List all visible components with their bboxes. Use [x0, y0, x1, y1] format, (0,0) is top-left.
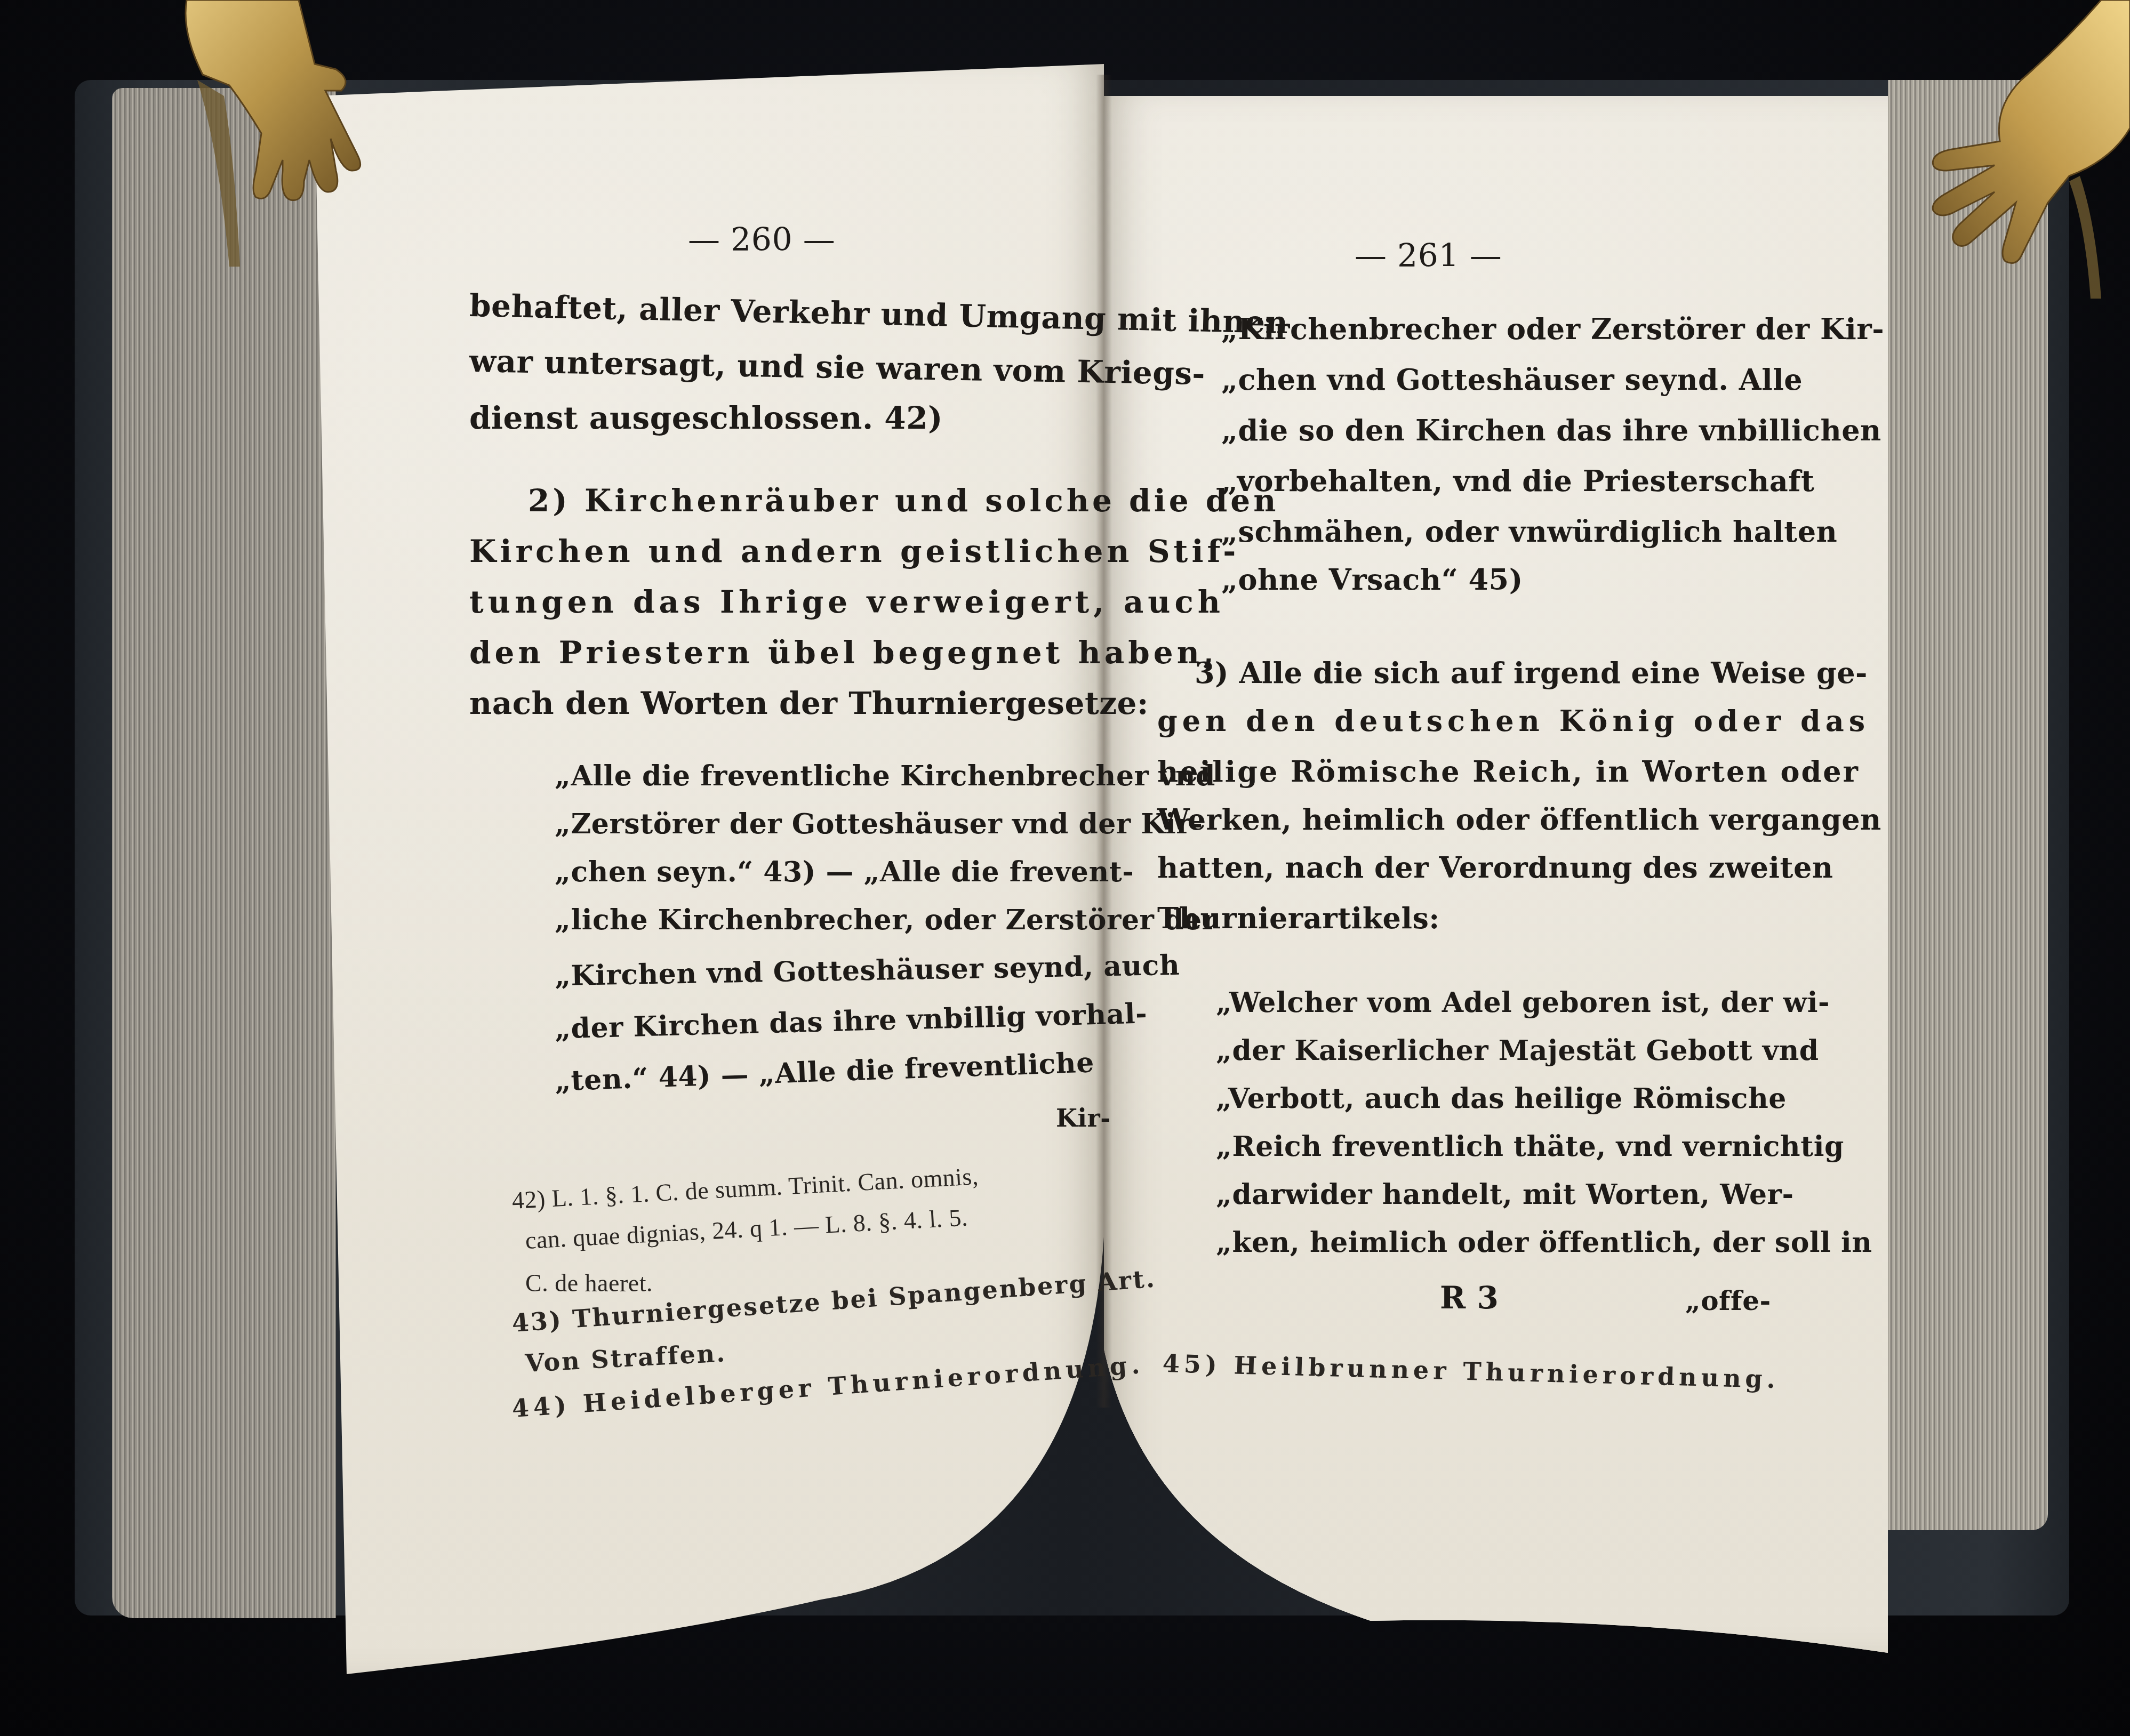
body-line: Thurnierartikels: [1157, 901, 1440, 935]
page-number-260: — 260 — [688, 221, 835, 259]
brass-hand-clamp-left [123, 0, 443, 279]
body-line: Werken, heimlich oder öffentlich vergang… [1157, 802, 1881, 837]
body-line: dienst ausgeschlossen. 42) [469, 400, 943, 436]
body-line: nach den Worten der Thurniergesetze: [469, 685, 1149, 721]
footnote-42-cont: C. de haeret. [525, 1269, 653, 1297]
body-line: Kirchen und andern geistlichen Stif- [469, 533, 1239, 569]
quote-line: „vorbehalten, vnd die Priesterschaft [1221, 464, 1814, 498]
quote-line: „die so den Kirchen das ihre vnbillichen [1221, 413, 1881, 447]
body-line: 2) Kirchenräuber und solche die den [528, 483, 1279, 519]
quote-line: „der Kaiserlicher Majestät Gebott vnd [1216, 1034, 1819, 1067]
body-line: den Priestern übel begegnet haben, [469, 634, 1218, 671]
body-line: gen den deutschen König oder das [1157, 704, 1870, 738]
body-line: hatten, nach der Verordnung des zweiten [1157, 850, 1833, 885]
quote-line: „Zerstörer der Gotteshäuser vnd der Kir- [555, 808, 1203, 840]
catchword: „offe- [1685, 1285, 1771, 1316]
quote-line: „Verbott, auch das heilige Römische [1216, 1082, 1787, 1115]
quote-line: „schmähen, oder vnwürdiglich halten [1221, 515, 1837, 549]
quote-line: „Welcher vom Adel geboren ist, der wi- [1216, 986, 1830, 1019]
quote-line: „Alle die freventliche Kirchenbrecher vn… [555, 760, 1215, 792]
brass-hand-clamp-right [1771, 0, 2130, 301]
left-page-edges [112, 88, 336, 1618]
quote-line: „liche Kirchenbrecher, oder Zerstörer de… [555, 904, 1216, 936]
body-line: tungen das Ihrige verweigert, auch [469, 584, 1224, 620]
quote-line: „darwider handelt, mit Worten, Wer- [1216, 1178, 1794, 1211]
quote-line: „chen vnd Gotteshäuser seynd. Alle [1221, 363, 1803, 397]
quote-line: „chen seyn.“ 43) — „Alle die frevent- [555, 856, 1134, 888]
quote-line: „Kirchenbrecher oder Zerstörer der Kir- [1221, 312, 1884, 346]
signature-mark: R 3 [1440, 1280, 1499, 1316]
quote-line: „ohne Vrsach“ 45) [1221, 562, 1523, 597]
quote-line: „Reich freventlich thäte, vnd vernichtig [1216, 1130, 1844, 1163]
catchword: Kir- [1056, 1104, 1111, 1132]
book-gutter [1096, 75, 1112, 1408]
quote-line: „ken, heimlich oder öffentlich, der soll… [1216, 1226, 1872, 1259]
body-line: 3) Alle die sich auf irgend eine Weise g… [1195, 656, 1868, 690]
page-number-261: — 261 — [1355, 237, 1502, 275]
hand-icon [1771, 0, 2130, 299]
body-line: heilige Römische Reich, in Worten oder [1157, 754, 1860, 789]
hand-icon [123, 0, 443, 277]
